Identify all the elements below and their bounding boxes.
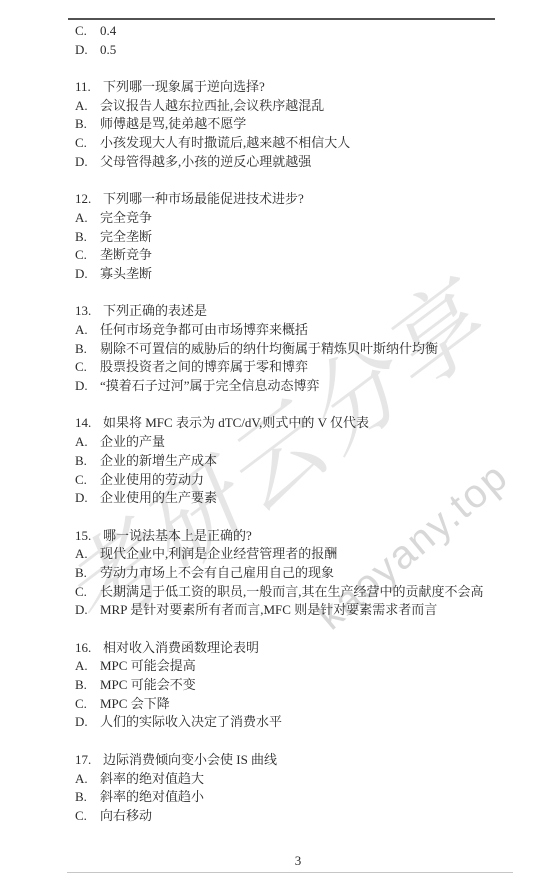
option-line: A.会议报告人越东拉西扯,会议秩序越混乱: [75, 97, 544, 116]
option-line: D.MRP 是针对要素所有者而言,MFC 则是针对要素需求者而言: [75, 601, 544, 620]
option-line: B.剔除不可置信的威胁后的纳什均衡属于精炼贝叶斯纳什均衡: [75, 340, 544, 359]
question-stem-line: 15.哪一说法基本上是正确的?: [75, 527, 544, 546]
question-number: 13.: [75, 302, 103, 321]
option-letter: A.: [75, 770, 100, 789]
option-line: B.MPC 可能会不变: [75, 676, 544, 695]
option-text: 0.4: [100, 23, 116, 38]
option-line: C.垄断竞争: [75, 246, 544, 265]
question-text: 相对收入消费函数理论表明: [103, 640, 259, 655]
option-letter: B.: [75, 340, 100, 359]
option-letter: C.: [75, 807, 100, 826]
option-line: D.寡头垄断: [75, 265, 544, 284]
option-text: 完全垄断: [100, 229, 152, 244]
option-letter: D.: [75, 41, 100, 60]
option-line: A.现代企业中,利润是企业经营管理者的报酬: [75, 545, 544, 564]
option-text: 企业使用的生产要素: [100, 490, 217, 505]
option-text: MPC 会下降: [100, 696, 170, 711]
option-line: B.企业的新增生产成本: [75, 452, 544, 471]
option-text: “摸着石子过河”属于完全信息动态博弈: [100, 378, 320, 393]
option-line: D.“摸着石子过河”属于完全信息动态博弈: [75, 377, 544, 396]
option-text: 企业的新增生产成本: [100, 453, 217, 468]
question-text: 下列正确的表述是: [103, 303, 207, 318]
option-line: A.MPC 可能会提高: [75, 657, 544, 676]
option-letter: B.: [75, 452, 100, 471]
question-stem-line: 13.下列正确的表述是: [75, 302, 544, 321]
option-text: 人们的实际收入决定了消费水平: [100, 714, 282, 729]
blank-line: [75, 508, 544, 527]
question-number: 14.: [75, 414, 103, 433]
option-letter: D.: [75, 377, 100, 396]
option-letter: D.: [75, 489, 100, 508]
question-text: 哪一说法基本上是正确的?: [103, 528, 252, 543]
option-line: A.任何市场竞争都可由市场博弈来概括: [75, 321, 544, 340]
option-letter: A.: [75, 209, 100, 228]
option-letter: A.: [75, 97, 100, 116]
footer-rule: [67, 872, 513, 873]
option-text: 任何市场竞争都可由市场博弈来概括: [100, 322, 308, 337]
option-line: D.父母管得越多,小孩的逆反心理就越强: [75, 153, 544, 172]
questions-area: C.0.4 D.0.5 11.下列哪一现象属于逆向选择? A.会议报告人越东拉西…: [75, 22, 544, 826]
option-text: 小孩发现大人有时撒谎后,越来越不相信大人: [100, 135, 350, 150]
option-text: 企业使用的劳动力: [100, 472, 204, 487]
option-line: C.0.4: [75, 22, 544, 41]
question-stem-line: 16.相对收入消费函数理论表明: [75, 639, 544, 658]
option-letter: C.: [75, 471, 100, 490]
option-line: A.斜率的绝对值趋大: [75, 770, 544, 789]
page-number: 3: [0, 853, 554, 869]
blank-line: [75, 284, 544, 303]
option-line: C.小孩发现大人有时撒谎后,越来越不相信大人: [75, 134, 544, 153]
option-letter: B.: [75, 676, 100, 695]
option-text: MRP 是针对要素所有者而言,MFC 则是针对要素需求者而言: [100, 602, 437, 617]
option-line: B.完全垄断: [75, 228, 544, 247]
option-line: C.MPC 会下降: [75, 695, 544, 714]
blank-line: [75, 59, 544, 78]
option-line: C.长期满足于低工资的职员,一般而言,其在生产经营中的贡献度不会高: [75, 583, 544, 602]
option-line: C.股票投资者之间的博弈属于零和博弈: [75, 358, 544, 377]
option-text: 垄断竞争: [100, 247, 152, 262]
option-text: 斜率的绝对值趋大: [100, 771, 204, 786]
blank-line: [75, 732, 544, 751]
question-number: 17.: [75, 751, 103, 770]
option-letter: A.: [75, 657, 100, 676]
option-text: 斜率的绝对值趋小: [100, 789, 204, 804]
option-line: D.企业使用的生产要素: [75, 489, 544, 508]
option-letter: C.: [75, 134, 100, 153]
option-text: 完全竞争: [100, 210, 152, 225]
question-number: 11.: [75, 78, 103, 97]
option-letter: C.: [75, 583, 100, 602]
option-letter: C.: [75, 246, 100, 265]
option-text: 师傅越是骂,徒弟越不愿学: [100, 116, 246, 131]
option-line: A.完全竞争: [75, 209, 544, 228]
option-letter: B.: [75, 788, 100, 807]
option-text: 0.5: [100, 42, 116, 57]
option-line: B.师傅越是骂,徒弟越不愿学: [75, 115, 544, 134]
option-letter: B.: [75, 115, 100, 134]
option-text: 寡头垄断: [100, 266, 152, 281]
option-text: 父母管得越多,小孩的逆反心理就越强: [100, 154, 311, 169]
option-text: MPC 可能会不变: [100, 677, 196, 692]
exam-document-page: 考研云分享 kaoyany.top C.0.4 D.0.5 11.下列哪一现象属…: [0, 0, 554, 880]
question-stem-line: 14.如果将 MFC 表示为 dTC/dV,则式中的 V 仅代表: [75, 414, 544, 433]
option-text: 企业的产量: [100, 434, 165, 449]
option-letter: A.: [75, 545, 100, 564]
header-rule: [68, 18, 495, 20]
option-text: 现代企业中,利润是企业经营管理者的报酬: [100, 546, 337, 561]
question-stem-line: 17.边际消费倾向变小会使 IS 曲线: [75, 751, 544, 770]
blank-line: [75, 172, 544, 191]
question-text: 边际消费倾向变小会使 IS 曲线: [103, 752, 277, 767]
question-stem-line: 11.下列哪一现象属于逆向选择?: [75, 78, 544, 97]
option-letter: C.: [75, 695, 100, 714]
question-stem-line: 12.下列哪一种市场最能促进技术进步?: [75, 190, 544, 209]
option-letter: D.: [75, 601, 100, 620]
blank-line: [75, 396, 544, 415]
question-text: 下列哪一现象属于逆向选择?: [103, 79, 265, 94]
option-letter: B.: [75, 228, 100, 247]
option-text: 长期满足于低工资的职员,一般而言,其在生产经营中的贡献度不会高: [100, 584, 484, 599]
option-letter: D.: [75, 713, 100, 732]
option-letter: D.: [75, 265, 100, 284]
question-number: 12.: [75, 190, 103, 209]
question-text: 下列哪一种市场最能促进技术进步?: [103, 191, 304, 206]
blank-line: [75, 620, 544, 639]
option-letter: C.: [75, 358, 100, 377]
option-line: C.企业使用的劳动力: [75, 471, 544, 490]
option-line: D.人们的实际收入决定了消费水平: [75, 713, 544, 732]
option-text: 剔除不可置信的威胁后的纳什均衡属于精炼贝叶斯纳什均衡: [100, 341, 438, 356]
option-line: B.斜率的绝对值趋小: [75, 788, 544, 807]
question-text: 如果将 MFC 表示为 dTC/dV,则式中的 V 仅代表: [103, 415, 369, 430]
option-letter: C.: [75, 22, 100, 41]
option-line: B.劳动力市场上不会有自己雇用自己的现象: [75, 564, 544, 583]
question-number: 15.: [75, 527, 103, 546]
option-letter: A.: [75, 433, 100, 452]
option-letter: B.: [75, 564, 100, 583]
option-text: 股票投资者之间的博弈属于零和博弈: [100, 359, 308, 374]
option-line: D.0.5: [75, 41, 544, 60]
option-line: A.企业的产量: [75, 433, 544, 452]
option-text: 劳动力市场上不会有自己雇用自己的现象: [100, 565, 334, 580]
option-line: C.向右移动: [75, 807, 544, 826]
question-number: 16.: [75, 639, 103, 658]
option-letter: D.: [75, 153, 100, 172]
option-text: 会议报告人越东拉西扯,会议秩序越混乱: [100, 98, 324, 113]
option-letter: A.: [75, 321, 100, 340]
option-text: MPC 可能会提高: [100, 658, 196, 673]
option-text: 向右移动: [100, 808, 152, 823]
